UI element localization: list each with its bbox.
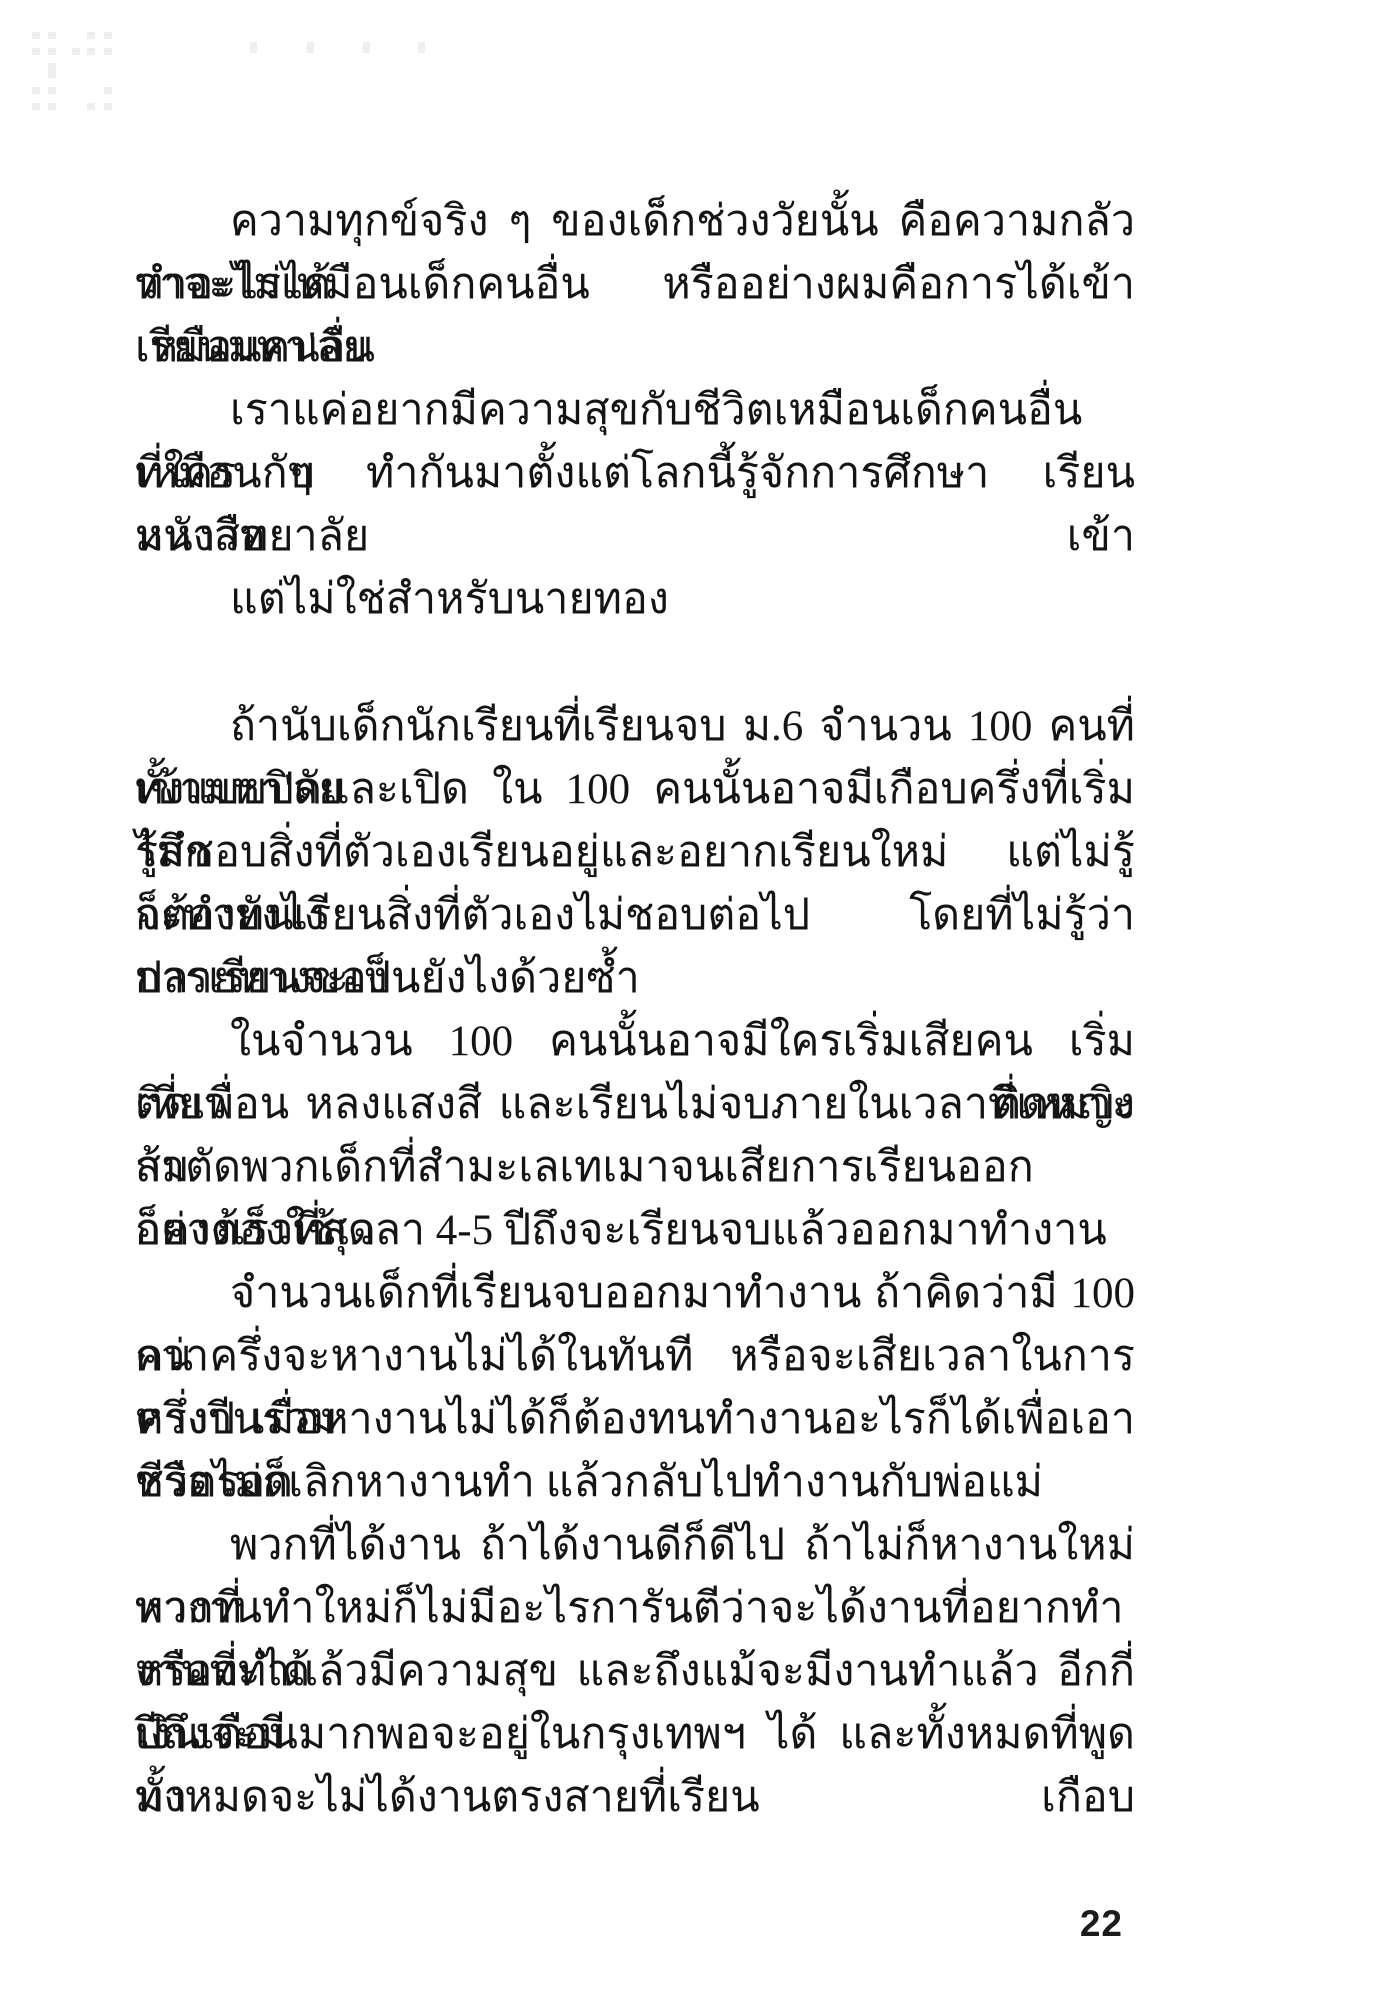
text-line: เหมือนคนอื่น [135,316,1135,379]
text-line: งานที่ทำแล้วมีความสุข และถึงแม้จะมีงานทำ… [135,1640,1135,1703]
text-line: หรือไม่ก็เลิกหางานทำ แล้วกลับไปทำงานกับพ… [135,1451,1135,1514]
scan-artifact [87,48,95,55]
scan-artifact [250,42,257,53]
scan-artifact [48,63,56,78]
page-number: 22 [1080,1903,1123,1945]
text-line: หางานทำใหม่ก็ไม่มีอะไรการันตีว่าจะได้งาน… [135,1577,1135,1640]
scan-artifact [48,32,56,39]
scan-artifact [32,103,40,110]
text-line: ติดเพื่อน หลงแสงสี และเรียนไม่จบภายในเวล… [135,1073,1135,1136]
text-line: แต่ไม่ใช่สำหรับนายทอง [135,568,1135,631]
paragraph-gap [135,631,1135,695]
scan-artifact [87,32,95,39]
text-line: ไม่ชอบสิ่งที่ตัวเองเรียนอยู่และอยากเรียน… [135,821,1135,884]
scan-artifact [104,48,112,55]
scan-artifact [48,48,56,55]
text-line: ถ้าตัดพวกเด็กที่สำมะเลเทเมาจนเสียการเรีย… [135,1136,1135,1199]
text-line: ที่ใคร ๆ ทำกันมาตั้งแต่โลกนี้รู้จักการศึ… [135,442,1135,505]
text-line: กว่าครึ่งจะหางานไม่ได้ในทันที หรือจะเสีย… [135,1325,1135,1388]
scan-artifact [72,48,80,55]
text-line: เราแค่อยากมีความสุขกับชีวิตเหมือนเด็กคนอ… [135,379,1135,442]
scan-artifact [87,103,95,110]
book-page: ความทุกข์จริง ๆ ของเด็กช่วงวัยนั้น คือคว… [0,0,1400,2016]
text-line: จำนวนเด็กที่เรียนจบออกมาทำงาน ถ้าคิดว่าม… [135,1262,1135,1325]
page-text: ความทุกข์จริง ๆ ของเด็กช่วงวัยนั้น คือคว… [135,190,1135,1829]
scan-artifact [307,42,314,53]
scan-artifact [104,32,112,39]
text-line: ทำอะไรเหมือนเด็กคนอื่น หรืออย่างผมคือการ… [135,253,1135,316]
scan-artifact [48,87,56,94]
text-line: ก็คงต้องใช้เวลา 4-5 ปีถึงจะเรียนจบแล้วออ… [135,1199,1135,1262]
scan-artifact [104,87,112,94]
scan-artifact [32,32,40,39]
scan-artifact [104,103,112,110]
text-line: เงินเดือนมากพอจะอยู่ในกรุงเทพฯ ได้ และทั… [135,1703,1135,1766]
scan-artifact [32,87,40,94]
scan-artifact [32,48,40,55]
text-line: ทั้งแบบปิดและเปิด ใน 100 คนนั้นอาจมีเกือ… [135,758,1135,821]
text-line: ความทุกข์จริง ๆ ของเด็กช่วงวัยนั้น คือคว… [135,190,1135,253]
text-line: ก็ต้องทนเรียนสิ่งที่ตัวเองไม่ชอบต่อไป โด… [135,884,1135,947]
scan-artifact [418,42,425,53]
scan-artifact [48,103,56,110]
text-line: การเรียนจะเป็นยังไงด้วยซ้ำ [135,947,1135,1010]
scan-artifact [363,42,370,53]
text-line: พวกที่ได้งาน ถ้าได้งานดีก็ดีไป ถ้าไม่ก็ห… [135,1514,1135,1577]
text-line: ครึ่งปี เมื่อหางานไม่ได้ก็ต้องทนทำงานอะไ… [135,1388,1135,1451]
text-line: ถ้านับเด็กนักเรียนที่เรียนจบ ม.6 จำนวน 1… [135,695,1135,758]
text-line: ในจำนวน 100 คนนั้นอาจมีใครเริ่มเสียคน เร… [135,1010,1135,1073]
